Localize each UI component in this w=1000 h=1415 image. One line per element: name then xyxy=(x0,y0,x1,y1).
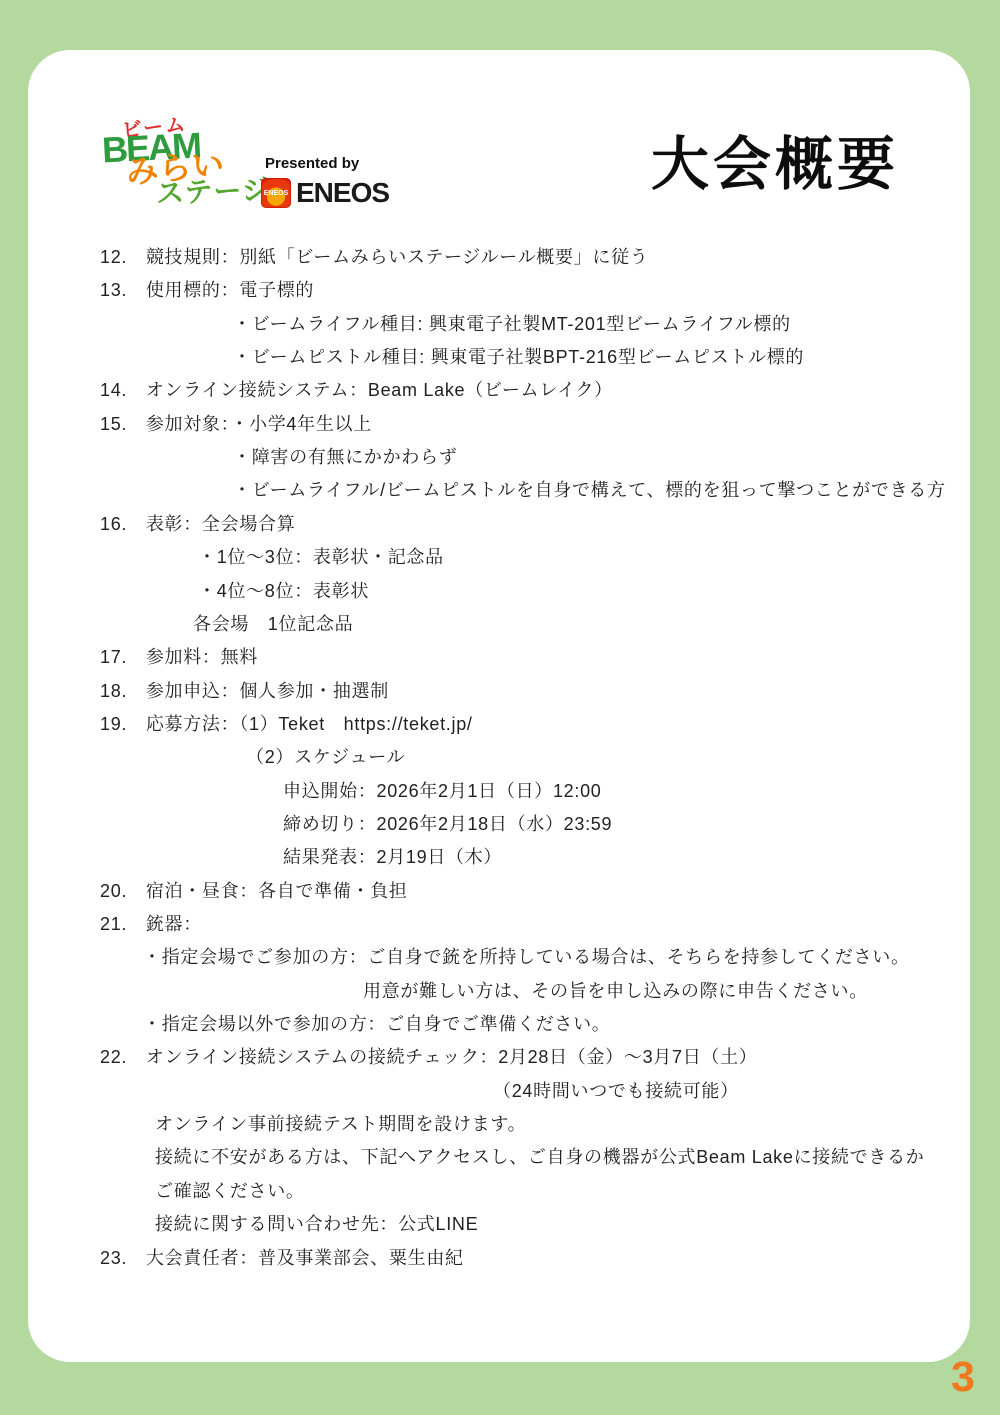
document-line: 接続に不安がある方は、下記へアクセスし、ご自身の機器が公式Beam Lakeに接… xyxy=(155,1148,924,1166)
document-line: 19. 応募方法：（1）Teket https://teket.jp/ xyxy=(100,715,473,733)
document-line: 23. 大会責任者：普及事業部会、粟生由紀 xyxy=(100,1249,464,1267)
document-line: 21. 銃器： xyxy=(100,915,202,933)
document-line: 16. 表彰：全会場合算 xyxy=(100,515,295,533)
document-line: オンライン事前接続テスト期間を設けます。 xyxy=(155,1115,526,1133)
document-line: 12. 競技規則：別紙「ビームみらいステージルール概要」に従う xyxy=(100,248,648,266)
document-line: ・指定会場以外で参加の方：ご自身でご準備ください。 xyxy=(143,1015,611,1033)
document-line: 22. オンライン接続システムの接続チェック：2月28日（金）～3月7日（土） xyxy=(100,1048,758,1066)
document-line: ・障害の有無にかかわらず xyxy=(233,448,457,466)
document-sheet: ビーム BEAM みらい ステージ Presented by ENEOS ENE… xyxy=(28,50,970,1362)
document-line: 15. 参加対象：・小学4年生以上 xyxy=(100,415,372,433)
document-line: 14. オンライン接続システム：Beam Lake（ビームレイク） xyxy=(100,381,613,399)
document-line: （2）スケジュール xyxy=(246,748,405,766)
document-line: ・指定会場でご参加の方：ご自身で銃を所持している場合は、そちらを持参してください… xyxy=(143,948,910,966)
document-line: ・ビームライフル/ビームピストルを自身で構えて、標的を狙って撃つことができる方 xyxy=(233,481,946,499)
document-line: 17. 参加料：無料 xyxy=(100,648,258,666)
document-line: （24時間いつでも接続可能） xyxy=(493,1082,739,1100)
document-line: ・4位～8位：表彰状 xyxy=(198,582,369,600)
document-line: 締め切り：2026年2月18日（水）23:59 xyxy=(283,815,612,833)
document-line: ・ビームライフル種目: 興東電子社製MT-201型ビームライフル標的 xyxy=(233,315,791,333)
page-number: 3 xyxy=(951,1356,975,1399)
document-line: 各会場 1位記念品 xyxy=(193,615,353,633)
document-line: 結果発表：2月19日（木） xyxy=(283,848,502,866)
document-line: 18. 参加申込：個人参加・抽選制 xyxy=(100,682,389,700)
text-layer: 12. 競技規則：別紙「ビームみらいステージルール概要」に従う13. 使用標的：… xyxy=(28,50,970,1362)
document-line: ・1位～3位：表彰状・記念品 xyxy=(198,548,444,566)
document-line: 接続に関する問い合わせ先：公式LINE xyxy=(155,1215,478,1233)
document-line: 用意が難しい方は、その旨を申し込みの際に申告ください。 xyxy=(363,982,868,1000)
document-line: ご確認ください。 xyxy=(155,1182,305,1200)
document-line: ・ビームピストル種目: 興東電子社製BPT-216型ビームピストル標的 xyxy=(233,348,804,366)
document-line: 13. 使用標的：電子標的 xyxy=(100,281,314,299)
page-background: ビーム BEAM みらい ステージ Presented by ENEOS ENE… xyxy=(0,0,1000,1415)
document-line: 申込開始：2026年2月1日（日）12:00 xyxy=(283,782,602,800)
document-line: 20. 宿泊・昼食：各自で準備・負担 xyxy=(100,882,408,900)
